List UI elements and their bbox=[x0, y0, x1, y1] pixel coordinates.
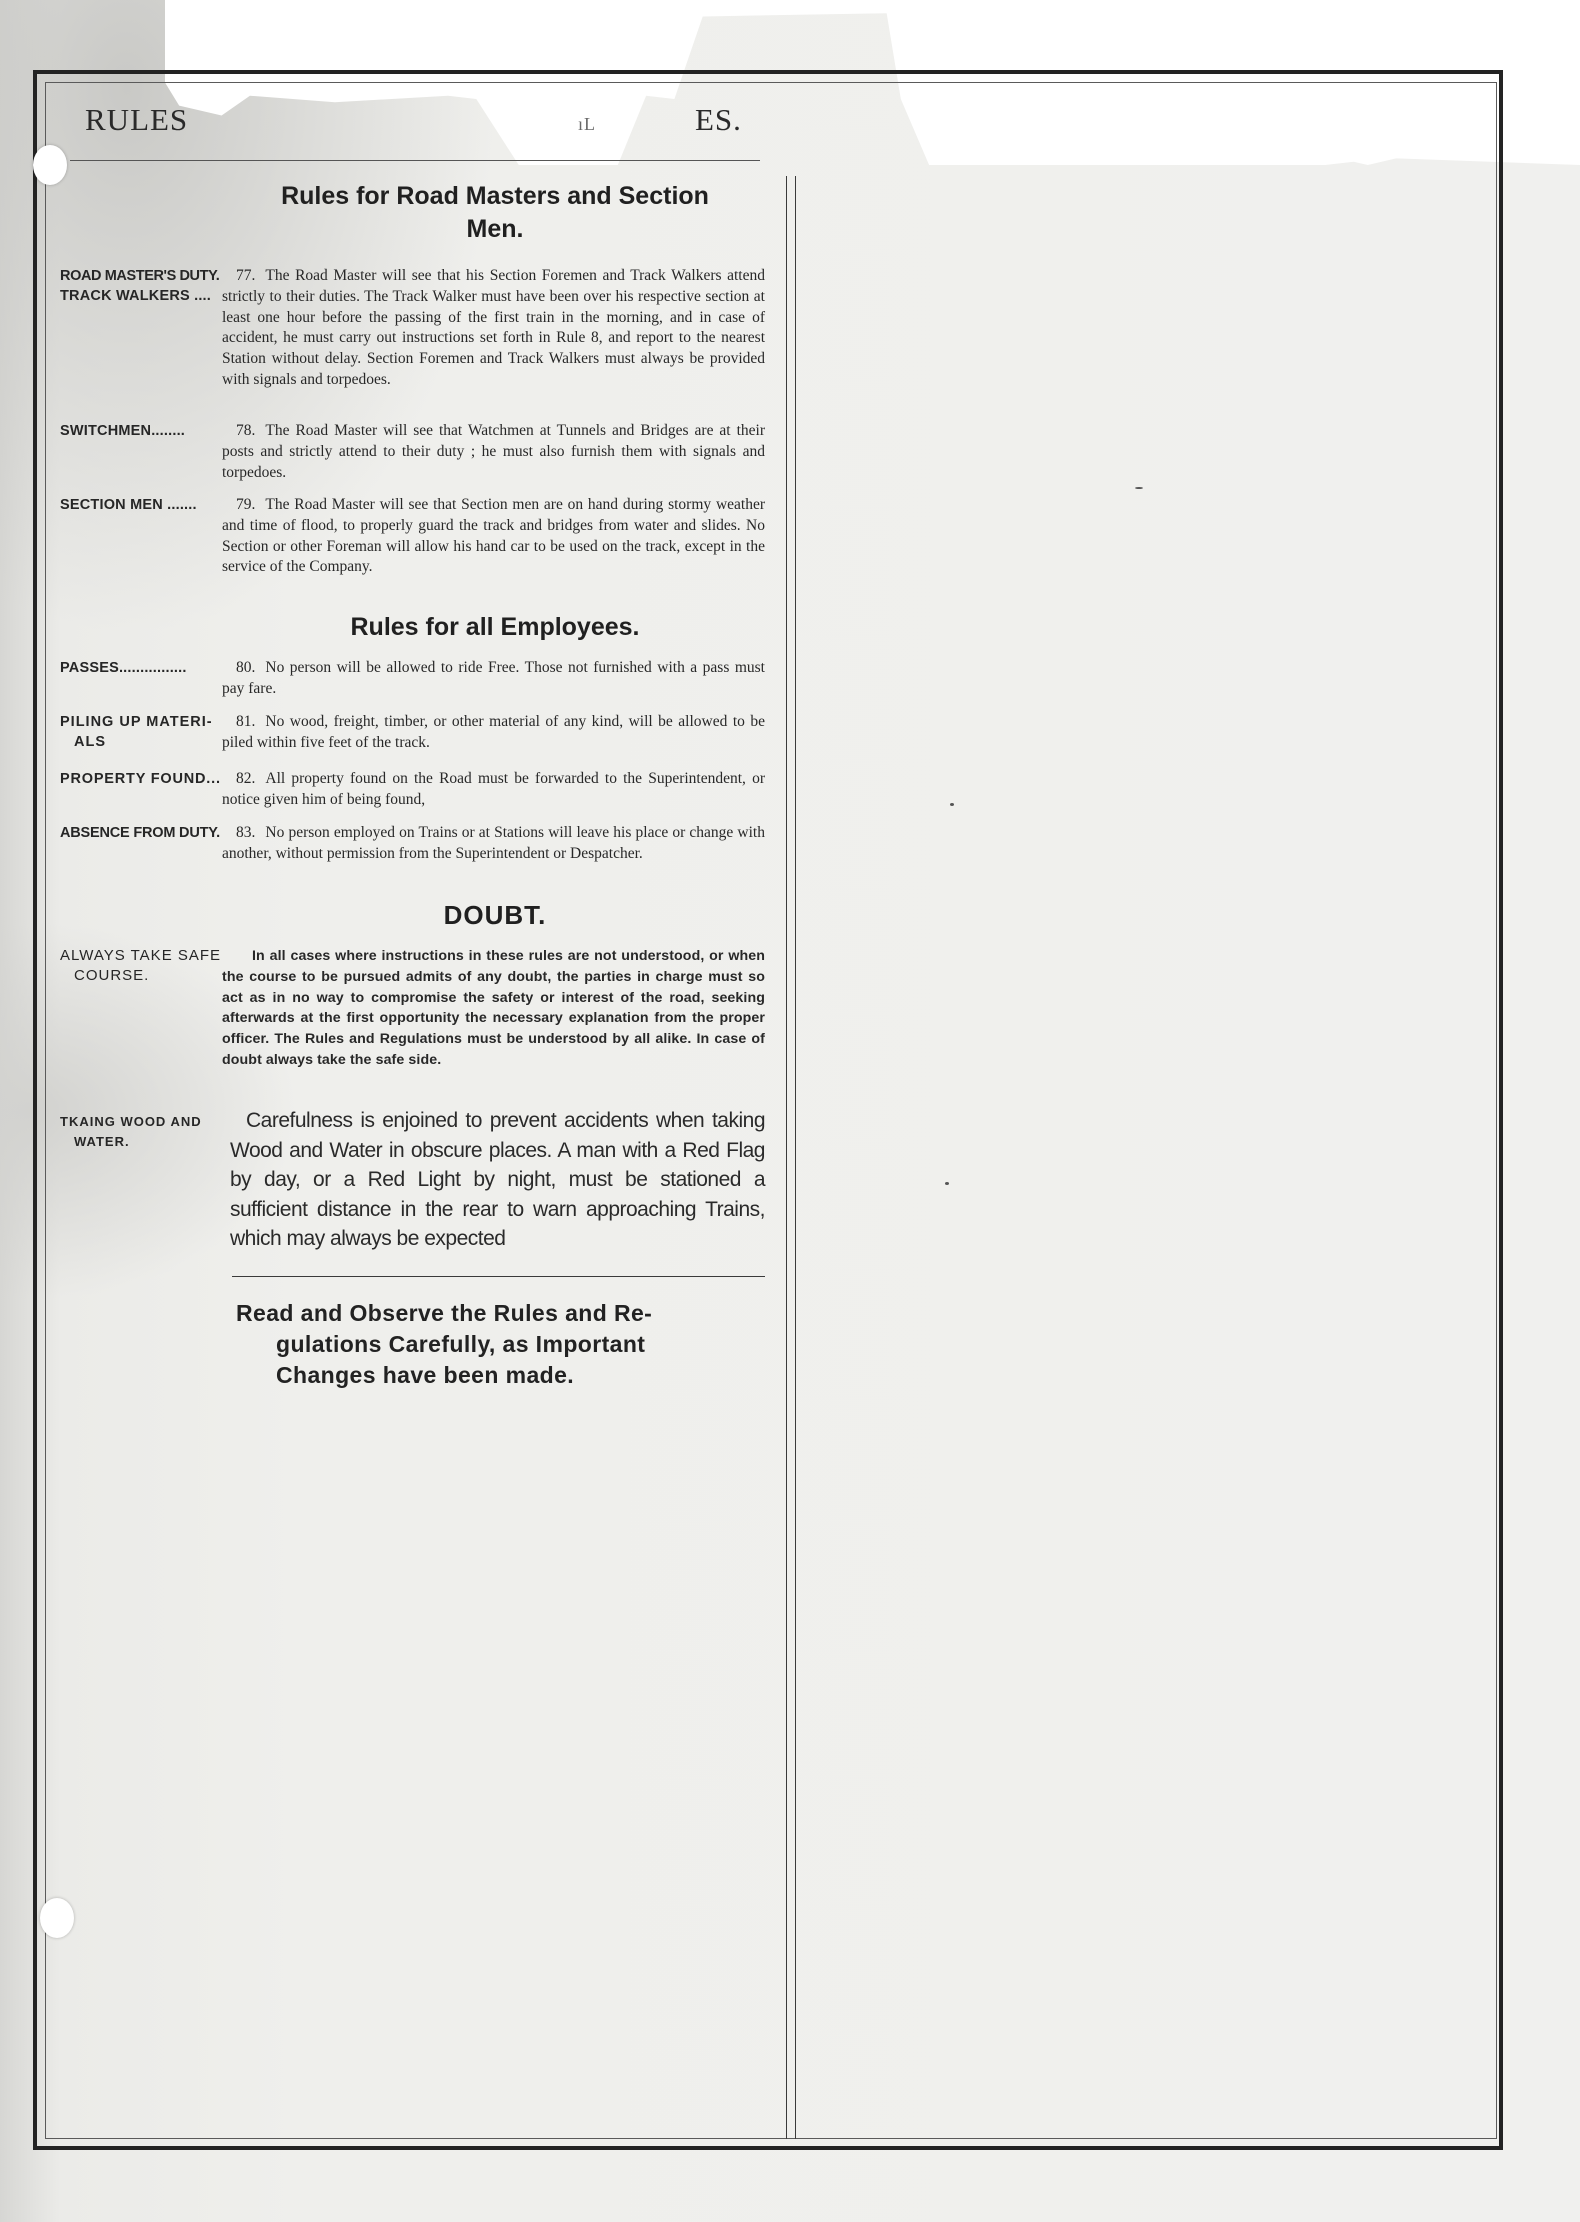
section-heading-doubt: DOUBT. bbox=[225, 898, 765, 932]
rule-text: 82.All property found on the Road must b… bbox=[222, 769, 765, 811]
rule-77: ROAD MASTER'S DUTY. TRACK WALKERS .... 7… bbox=[60, 266, 765, 391]
rule-taking-wood-and-water: TKAING WOOD AND WATER. Carefulness is en… bbox=[60, 1106, 765, 1254]
column-divider-right bbox=[795, 176, 796, 2139]
rule-text: 78.The Road Master will see that Watchme… bbox=[222, 421, 765, 483]
rule-number: 79. bbox=[236, 496, 255, 513]
rule-body: All property found on the Road must be f… bbox=[222, 770, 765, 808]
rule-body: No person employed on Trains or at Stati… bbox=[222, 824, 765, 862]
rule-80: PASSES................ 80.No person will… bbox=[60, 658, 765, 700]
rule-body: No person will be allowed to ride Free. … bbox=[222, 659, 765, 697]
rule-number: 82. bbox=[236, 770, 255, 787]
rule-text: In all cases where instructions in these… bbox=[222, 946, 765, 1071]
paper-speck bbox=[945, 1182, 949, 1185]
rule-always-take-safe-course: ALWAYS TAKE SAFE COURSE. In all cases wh… bbox=[60, 946, 765, 1071]
rule-body: The Road Master will see that Section me… bbox=[222, 496, 765, 575]
notice-line-1: Read and Observe the Rules and Re- bbox=[236, 1298, 771, 1329]
header-rule bbox=[70, 160, 760, 161]
rule-side-label: ALWAYS TAKE SAFE COURSE. bbox=[60, 946, 222, 1071]
rule-82: PROPERTY FOUND... 82.All property found … bbox=[60, 769, 765, 811]
binding-hole-top bbox=[33, 145, 67, 185]
closing-notice: Read and Observe the Rules and Re- gulat… bbox=[236, 1298, 771, 1391]
rule-side-label: PILING UP MATERI- ALS bbox=[60, 712, 222, 754]
rule-number: 81. bbox=[236, 713, 255, 730]
side-label-absence-from-duty: ABSENCE FROM DUTY. bbox=[60, 823, 222, 843]
binding-hole-bottom bbox=[40, 1898, 74, 1938]
rule-side-label: ABSENCE FROM DUTY. bbox=[60, 823, 222, 865]
rule-number: 80. bbox=[236, 659, 255, 676]
notice-line-2: gulations Carefully, as Important bbox=[236, 1329, 771, 1360]
rule-text: 77.The Road Master will see that his Sec… bbox=[222, 266, 765, 391]
rule-body: No wood, freight, timber, or other mater… bbox=[222, 713, 765, 751]
rule-81: PILING UP MATERI- ALS 81.No wood, freigh… bbox=[60, 712, 765, 754]
side-label-taking-wood: TKAING WOOD AND bbox=[60, 1112, 230, 1132]
side-label-track-walkers: TRACK WALKERS .... bbox=[60, 286, 222, 306]
running-head-left: RULES bbox=[85, 102, 188, 138]
rule-number: 78. bbox=[236, 422, 255, 439]
rule-body: Carefulness is enjoined to prevent accid… bbox=[230, 1109, 765, 1250]
side-label-always-take-safe: ALWAYS TAKE SAFE bbox=[60, 946, 222, 966]
side-label-water: WATER. bbox=[60, 1132, 230, 1152]
rule-side-label: TKAING WOOD AND WATER. bbox=[60, 1106, 230, 1254]
side-label-course: COURSE. bbox=[60, 966, 222, 986]
rule-body: The Road Master will see that Watchmen a… bbox=[222, 422, 765, 481]
rule-78: SWITCHMEN........ 78.The Road Master wil… bbox=[60, 421, 765, 483]
side-label-road-masters-duty: ROAD MASTER'S DUTY. bbox=[60, 266, 222, 286]
side-label-section-men: SECTION MEN ....... bbox=[60, 495, 222, 515]
heading-line-1: Rules for all Employees. bbox=[225, 611, 765, 644]
rule-body: In all cases where instructions in these… bbox=[222, 948, 765, 1068]
rule-text: Carefulness is enjoined to prevent accid… bbox=[230, 1106, 765, 1254]
rule-text: 80.No person will be allowed to ride Fre… bbox=[222, 658, 765, 700]
side-label-piling-up: PILING UP MATERI- bbox=[60, 712, 222, 732]
heading-line-1: Rules for Road Masters and Section bbox=[225, 180, 765, 213]
heading-line-2: Men. bbox=[225, 213, 765, 246]
side-label-property-found: PROPERTY FOUND... bbox=[60, 769, 222, 789]
rule-79: SECTION MEN ....... 79.The Road Master w… bbox=[60, 495, 765, 578]
section-heading-road-masters: Rules for Road Masters and Section Men. bbox=[225, 180, 765, 246]
side-label-piling-up-cont: ALS bbox=[60, 732, 222, 752]
rule-side-label: PASSES................ bbox=[60, 658, 222, 700]
rule-side-label: ROAD MASTER'S DUTY. TRACK WALKERS .... bbox=[60, 266, 222, 391]
side-label-passes: PASSES................ bbox=[60, 658, 222, 678]
paper-speck bbox=[1135, 487, 1143, 489]
running-head-right: ES. bbox=[695, 102, 742, 138]
side-label-switchmen: SWITCHMEN........ bbox=[60, 421, 222, 441]
closing-separator-rule bbox=[232, 1276, 765, 1277]
rule-side-label: SECTION MEN ....... bbox=[60, 495, 222, 578]
notice-line-3: Changes have been made. bbox=[236, 1360, 771, 1391]
rule-number: 83. bbox=[236, 824, 255, 841]
rule-text: 79.The Road Master will see that Section… bbox=[222, 495, 765, 578]
heading-line-1: DOUBT. bbox=[225, 898, 765, 932]
rule-text: 81.No wood, freight, timber, or other ma… bbox=[222, 712, 765, 754]
rule-side-label: SWITCHMEN........ bbox=[60, 421, 222, 483]
column-divider-left bbox=[786, 176, 787, 2139]
paper-speck bbox=[950, 803, 954, 806]
rule-text: 83.No person employed on Trains or at St… bbox=[222, 823, 765, 865]
rule-body: The Road Master will see that his Sectio… bbox=[222, 267, 765, 388]
section-heading-all-employees: Rules for all Employees. bbox=[225, 611, 765, 644]
rule-number: 77. bbox=[236, 267, 255, 284]
running-head-fragment: ıL bbox=[578, 114, 596, 135]
rule-side-label: PROPERTY FOUND... bbox=[60, 769, 222, 811]
rule-83: ABSENCE FROM DUTY. 83.No person employed… bbox=[60, 823, 765, 865]
